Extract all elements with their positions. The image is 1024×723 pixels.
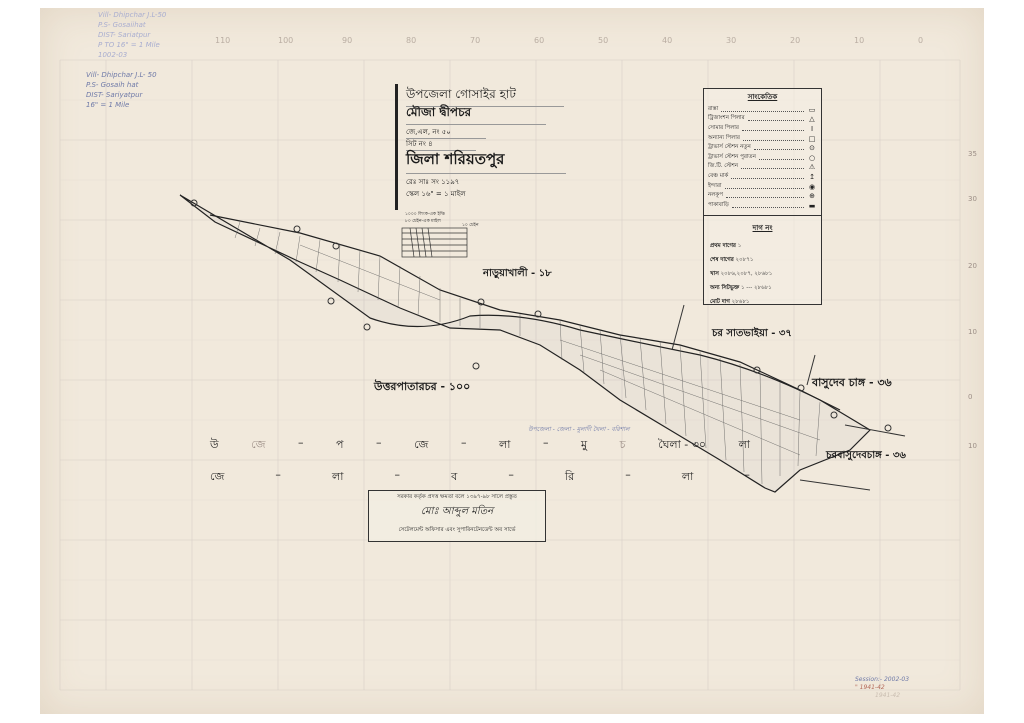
right-scale-tick: 10 bbox=[968, 328, 977, 336]
scale-tick: 100 bbox=[278, 36, 293, 45]
stamp-line3: সেটেলমেন্ট অফিসার এবং সুপারিনটেনডেন্ট অব… bbox=[369, 527, 545, 535]
right-scale-tick: 30 bbox=[968, 195, 977, 203]
scale-tick: 0 bbox=[918, 36, 923, 45]
other-sheet-row: অন্য সিটভুক্ত ১ --- ২৮৬৮১ bbox=[704, 282, 821, 296]
survey-year: রেঃ সাঃ সং ১১৯৭ bbox=[406, 176, 459, 188]
adjacent-mouza-narua-khali: নাড়ুয়াখালী - ১৮ bbox=[483, 266, 552, 283]
right-scale-tick: 20 bbox=[968, 262, 977, 270]
certification-stamp: সরকার কর্তৃক প্রদত্ত ক্ষমতা বলে ১৩৯৭-৯৮ … bbox=[368, 490, 546, 542]
scale-tick: 60 bbox=[534, 36, 544, 45]
right-scale-tick: 0 bbox=[968, 393, 972, 401]
legend-item-gt-station: জি.টি. স্টেশন⚠ bbox=[704, 163, 821, 173]
legend-item-pucca-house: পাকাবাড়ি▬ bbox=[704, 201, 821, 211]
adjacent-mouza-char-basudeb-chang: চরবাসুদেবচাঙ্গ - ৩৬ bbox=[826, 448, 906, 465]
plot-number-title: দাগ নং bbox=[704, 222, 821, 234]
circle-icon: ○ bbox=[807, 154, 817, 162]
bench-mark-icon: ↥ bbox=[807, 173, 817, 181]
scale-tick: 20 bbox=[790, 36, 800, 45]
legend-box: সাংকেতিক রাস্তা▭ ট্রিজাংশন পিলার△ সোমার … bbox=[703, 88, 822, 305]
scale-tick: 90 bbox=[342, 36, 352, 45]
plot-number-section: দাগ নং প্রথম দাগের ১ শেষ দাগের ২০৮৭১ খাস… bbox=[704, 215, 821, 310]
officer-signature: মোঃ আব্দুল মতিন bbox=[369, 504, 545, 521]
total-plot-row: মোট দাগ ২৮৬৮১ bbox=[704, 296, 821, 310]
legend-item-boundary-pillar: সোমার পিলারI bbox=[704, 124, 821, 134]
scale-tick: 50 bbox=[598, 36, 608, 45]
stamp-line1: সরকার কর্তৃক প্রদত্ত ক্ষমতা বলে ১৩৯৭-৯৮ … bbox=[369, 494, 545, 502]
triangle-icon: △ bbox=[807, 115, 817, 123]
title-block: উপজেলা গোসাইর হাট মৌজা দ্বীপচর জে,এল, নং… bbox=[395, 84, 573, 210]
scale-bar-line1: ১০০০ লিংক-এক ইঞ্চি bbox=[405, 211, 445, 218]
adjacent-mouza-uttar-patarchar: উত্তরপাতারচর - ১০০ bbox=[374, 378, 470, 397]
district-boundary-note: উপজেলা - জেলা - মুলাদী ঘৈলা - বরিশাল bbox=[528, 424, 629, 435]
mouza-label: মৌজা দ্বীপচর bbox=[406, 104, 546, 125]
scale-tick: 40 bbox=[662, 36, 672, 45]
legend-item-traverse-old: ট্রাভার্স স্টেশন পুরাতন○ bbox=[704, 153, 821, 163]
pencil-note-top: Vill- Dhipchar J.L-50 P.S- Gosaiihat DIS… bbox=[98, 10, 166, 60]
scale-tick: 80 bbox=[406, 36, 416, 45]
scale-tick: 110 bbox=[215, 36, 230, 45]
session-note: Session:- 2002-03 " 1941-42 1941-42 bbox=[855, 676, 909, 700]
well-icon: ◉ bbox=[807, 183, 817, 191]
map-scale: স্কেল ১৬" = ১ মাইল bbox=[406, 188, 466, 200]
district-label: জিলা শরিয়তপুর bbox=[406, 148, 566, 174]
scale-tick: 30 bbox=[726, 36, 736, 45]
legend-item-traverse-new: ট্রাভার্স স্টেশন নতুন⊙ bbox=[704, 143, 821, 153]
right-scale-tick: 35 bbox=[968, 150, 977, 158]
legend-title: সাংকেতিক bbox=[704, 91, 821, 103]
adjacent-mouza-basudeb-chang: বাসুদেব চাঙ্গ - ৩৬ bbox=[812, 374, 892, 393]
gt-station-icon: ⚠ bbox=[807, 163, 817, 171]
legend-item-well: ইন্দারা◉ bbox=[704, 182, 821, 192]
khas-plot-row: খাস ২০৮৬,২০৮৭, ২৮৬৮১ bbox=[704, 268, 821, 282]
scale-tick: 70 bbox=[470, 36, 480, 45]
scale-bar-right-label: ১০ চেইন bbox=[462, 222, 479, 229]
legend-item-other-pillar: অন্যান্য পিলার□ bbox=[704, 134, 821, 144]
scale-tick: 10 bbox=[854, 36, 864, 45]
road-icon: ▭ bbox=[807, 106, 817, 114]
legend-item-tubewell: নলকূপ⊕ bbox=[704, 191, 821, 201]
legend-item-trijunction: ট্রিজাংশন পিলার△ bbox=[704, 115, 821, 125]
boundary-text-row1: উজে– প–জে– লা–মু চঘৈলা - ৩০লা bbox=[210, 436, 750, 455]
right-scale-tick: 10 bbox=[968, 442, 977, 450]
scale-bar-line2: ৮০ চেইন-এক মাইল bbox=[405, 218, 441, 225]
legend-item-road: রাস্তা▭ bbox=[704, 105, 821, 115]
adjacent-mouza-char-satbhaiya: চর সাতভাইয়া - ৩৭ bbox=[712, 326, 792, 343]
pucca-house-icon: ▬ bbox=[807, 202, 817, 210]
legend-item-bench-mark: বেঞ্চ মার্ক↥ bbox=[704, 172, 821, 182]
circle-dot-icon: ⊙ bbox=[807, 144, 817, 152]
pencil-note-left: Vill- Dhipchar J.L- 50 P.S- Gosaih hat D… bbox=[86, 70, 157, 110]
boundary-text-row2: জে–লা– ব–রি– লা– bbox=[210, 468, 750, 487]
pillar-icon: I bbox=[807, 125, 817, 133]
first-plot-row: প্রথম দাগের ১ bbox=[704, 240, 821, 254]
tubewell-icon: ⊕ bbox=[807, 192, 817, 200]
square-icon: □ bbox=[807, 135, 817, 143]
last-plot-row: শেষ দাগের ২০৮৭১ bbox=[704, 254, 821, 268]
scale-bar bbox=[402, 228, 467, 257]
